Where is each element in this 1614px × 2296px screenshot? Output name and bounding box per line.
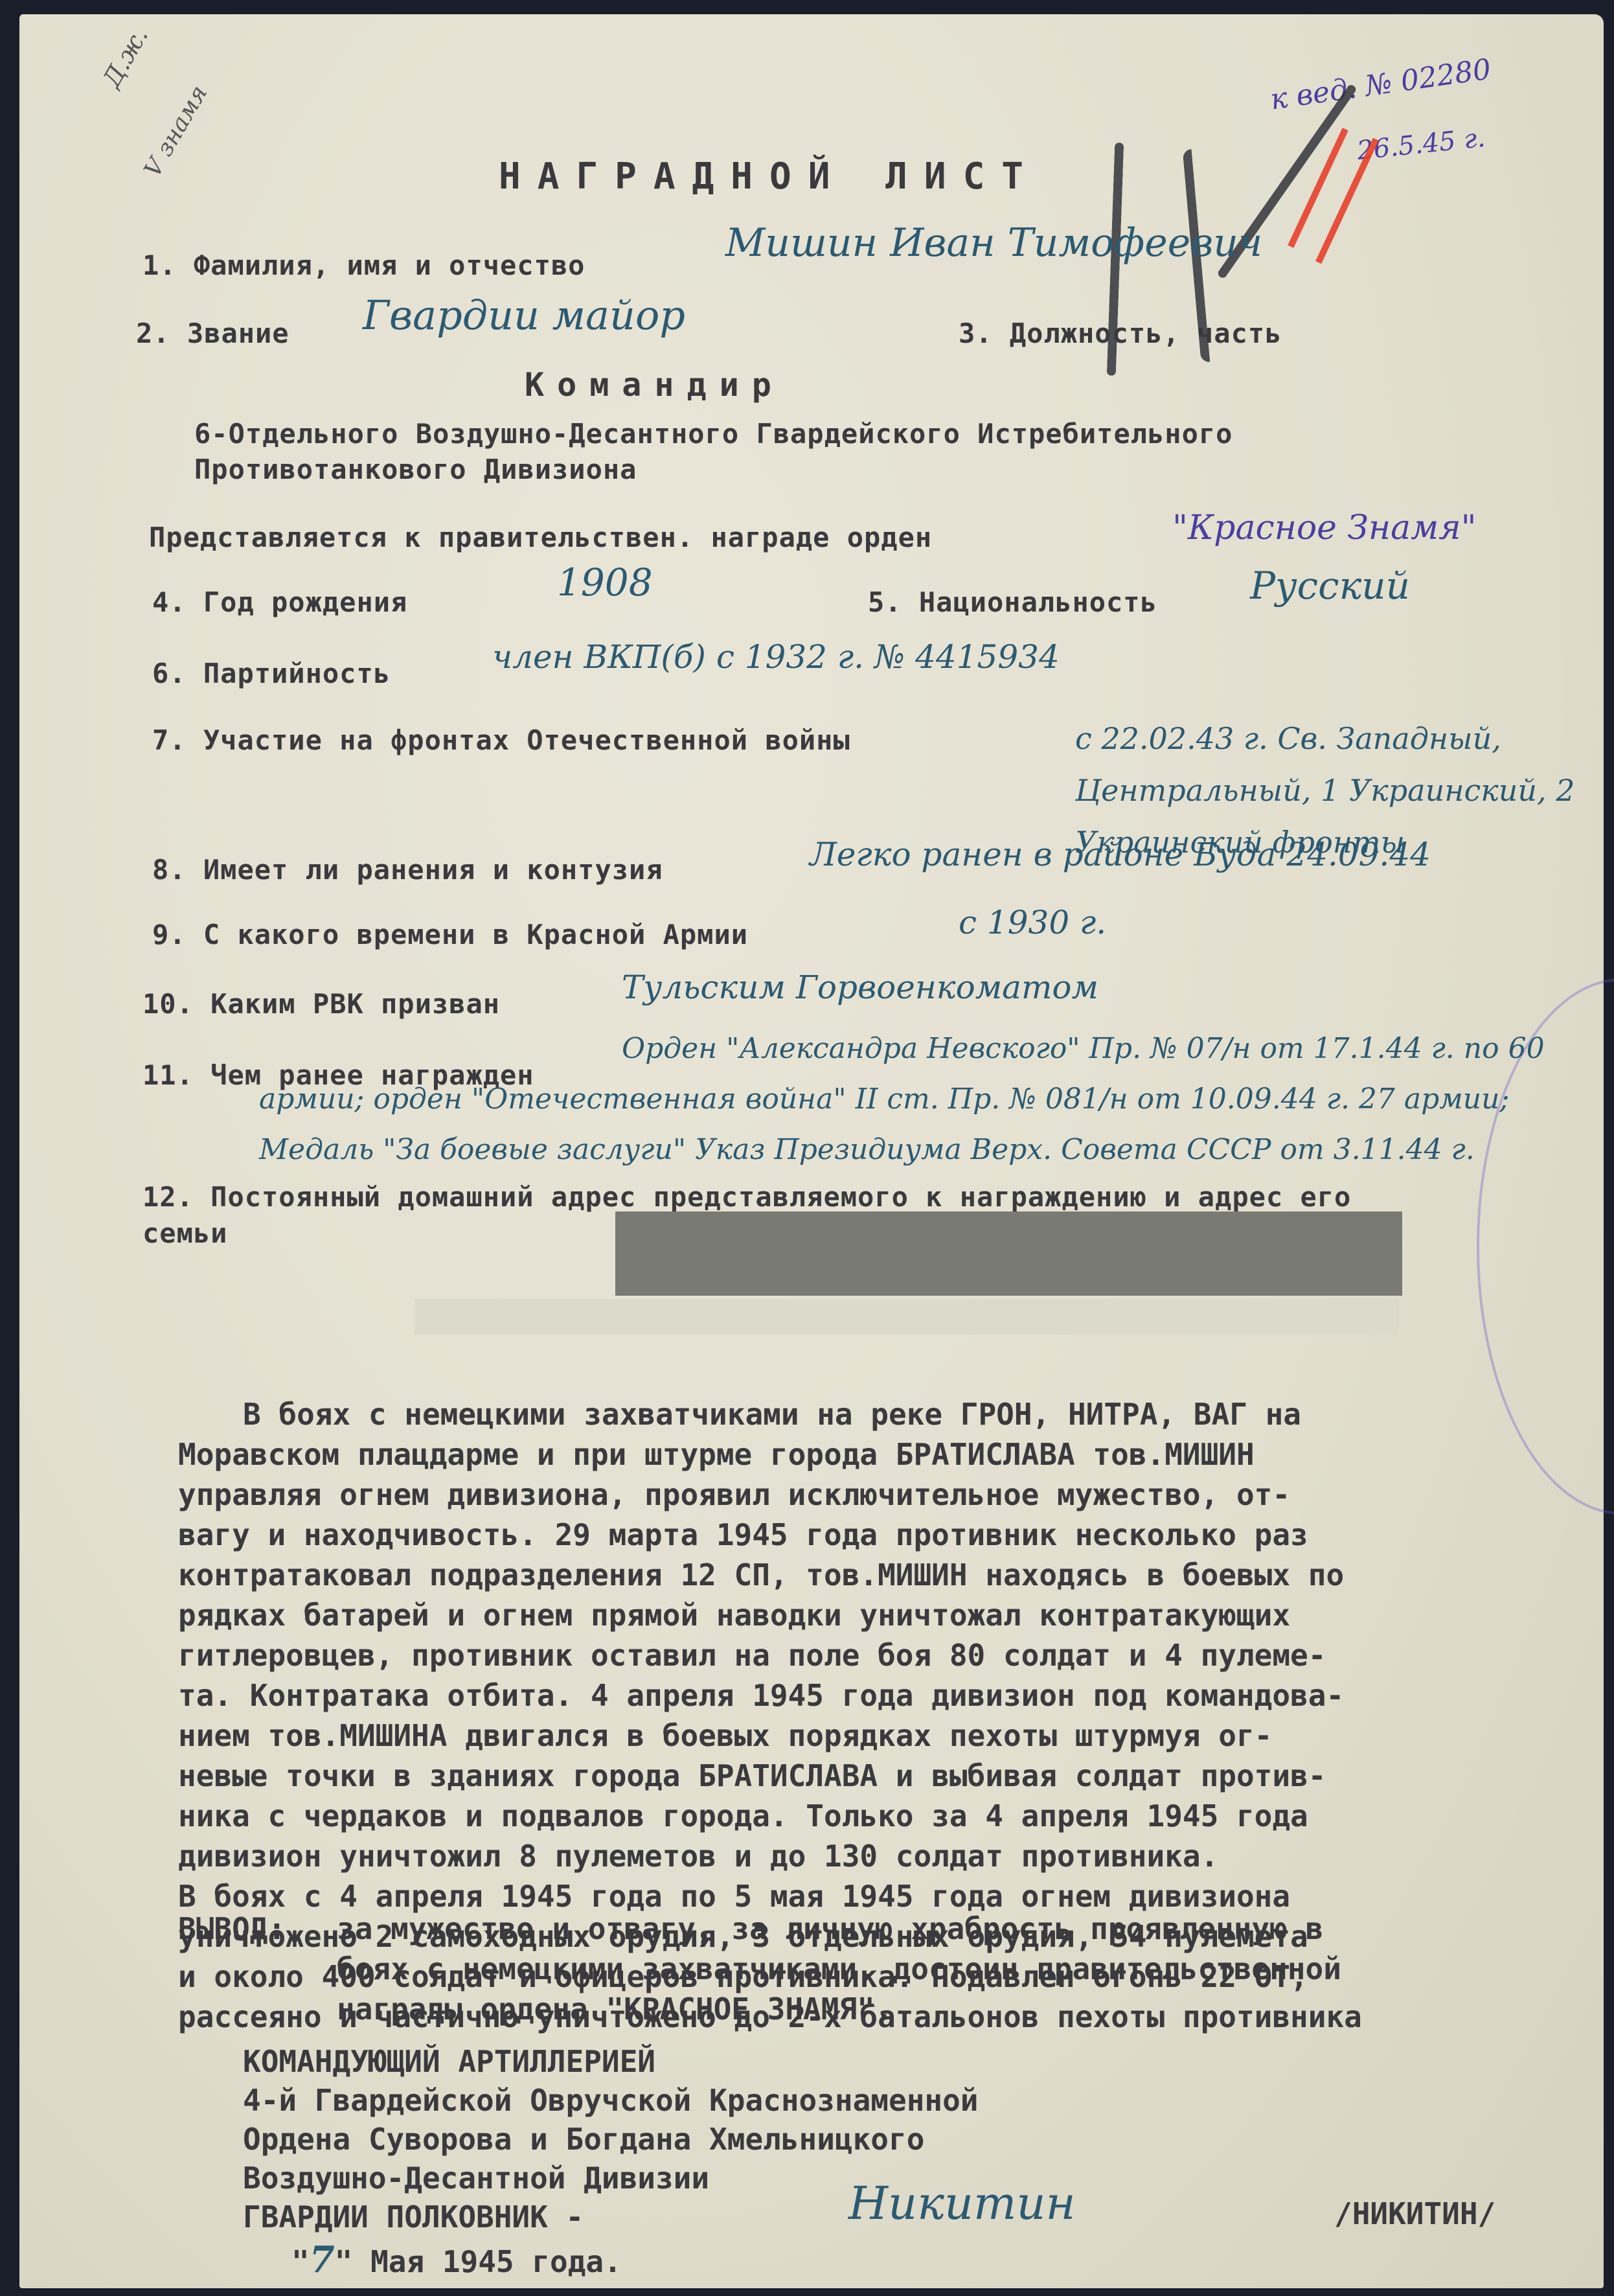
- field-label-army-since: 9. С какого времени в Красной Армии: [152, 919, 748, 950]
- redacted-address-block: [615, 1211, 1402, 1296]
- signing-date-day: 7: [310, 2238, 335, 2281]
- signer-title-line: Воздушно-Десантной Дивизии: [243, 2161, 709, 2196]
- field-label-nationality: 5. Национальность: [868, 586, 1157, 618]
- field-value-party: член ВКП(б) с 1932 г. № 4415934: [492, 638, 1060, 676]
- field-value-birth-year: 1908: [557, 560, 653, 604]
- field-value-previous-awards: Орден "Александра Невского" Пр. № 07/н о…: [259, 1024, 1580, 1175]
- field-label-position: 3. Должность, часть: [959, 317, 1282, 349]
- conclusion-line: за мужество и отвагу, за личную храброст…: [337, 1911, 1323, 1946]
- field-label-conscripted-by: 10. Каким РВК призван: [142, 988, 500, 1020]
- conclusion-label: ВЫВОД:: [178, 1911, 286, 1946]
- signer-name: /НИКИТИН/: [1334, 2196, 1495, 2231]
- field-label-wounds: 8. Имеет ли ранения и контузия: [152, 854, 663, 886]
- document-title: НАГРАДНОЙ ЛИСТ: [499, 155, 1040, 198]
- field-label-party: 6. Партийность: [152, 658, 391, 689]
- signing-date: "7" Мая 1945 года.: [291, 2238, 622, 2281]
- field-value-rank: Гвардии майор: [363, 292, 685, 339]
- field-label-rank: 2. Звание: [136, 317, 290, 349]
- position-commander: Командир: [525, 366, 784, 404]
- field-label-birth-year: 4. Год рождения: [152, 586, 407, 618]
- signer-title-line: КОМАНДУЮЩИЙ АРТИЛЛЕРИЕЙ: [243, 2044, 655, 2079]
- position-unit-line-2: Противотанкового Дивизиона: [194, 453, 637, 485]
- award-nomination-label: Представляется к правительствен. награде…: [149, 522, 932, 553]
- field-value-army-since: с 1930 г.: [959, 904, 1106, 941]
- award-nomination-value: "Красное Знамя": [1172, 509, 1477, 547]
- conclusion-line: боях с немецкими захватчиками, достоин п…: [337, 1951, 1341, 1986]
- handwritten-signature: Никитин: [848, 2177, 1076, 2230]
- field-value-name: Мишин Иван Тимофеевич: [725, 220, 1262, 266]
- position-unit-line-1: 6-Отдельного Воздушно-Десантного Гвардей…: [194, 418, 1233, 450]
- signer-title-line: Ордена Суворова и Богдана Хмельницкого: [243, 2122, 924, 2157]
- redaction-mask-strip: [415, 1299, 1399, 1335]
- field-value-nationality: Русский: [1250, 564, 1410, 608]
- conclusion-line: награды ордена "КРАСНОЕ ЗНАМЯ".: [337, 1992, 893, 2026]
- field-label-name: 1. Фамилия, имя и отчество: [142, 249, 585, 281]
- signing-date-rest: Мая 1945 года.: [370, 2244, 622, 2279]
- signer-title-line: 4-й Гвардейской Овручской Краснознаменно…: [243, 2083, 978, 2118]
- field-value-wounds: Легко ранен в районе Буда 24.09.44: [810, 836, 1431, 873]
- field-value-conscripted-by: Тульским Горвоенкоматом: [622, 969, 1098, 1006]
- field-label-fronts: 7. Участие на фронтах Отечественной войн…: [152, 724, 850, 756]
- signer-rank: ГВАРДИИ ПОЛКОВНИК -: [243, 2199, 584, 2234]
